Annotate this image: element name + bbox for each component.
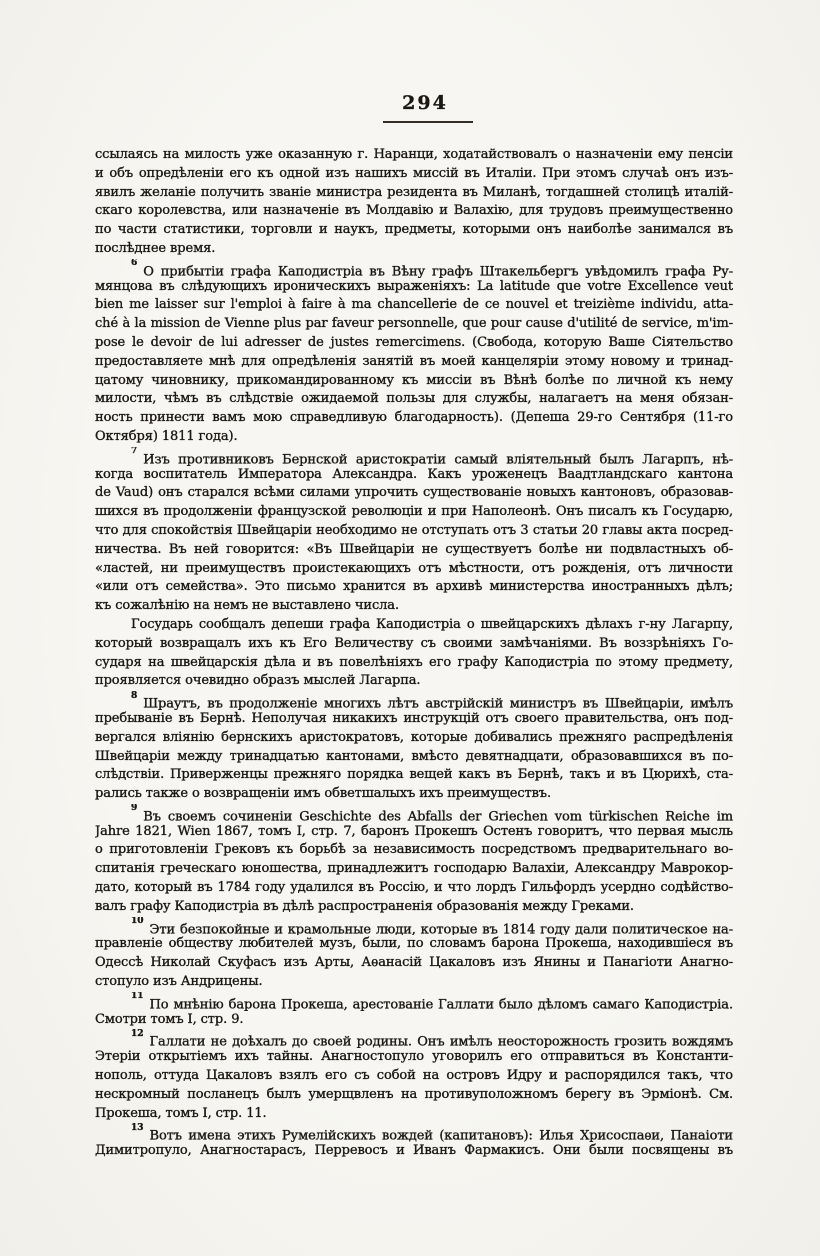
footnote-13: 13Вотъ имена этихъ Румелійскихъ вождей (… <box>95 1123 733 1161</box>
text-line: ché à la mission de Vienne plus par fave… <box>95 315 733 334</box>
text-line: сударя на швейцарскія дѣла и въ повелѣні… <box>95 654 733 673</box>
footnote-11: 11По мнѣнію барона Прокеша, арестованіе … <box>95 992 733 1030</box>
text-line: Смотри томъ I, стр. 9. <box>95 1011 733 1030</box>
footnote-marker: 6 <box>131 259 137 269</box>
text-line: 12Галлати не доѣхалъ до своей родины. Он… <box>95 1029 733 1048</box>
text-line: 6О прибытіи графа Каподистріа въ Вѣну гр… <box>95 259 733 278</box>
footnote-marker: 11 <box>131 992 144 1002</box>
text-line: спитанія греческаго юношества, принадлеж… <box>95 860 733 879</box>
paragraph-gosudar: Государь сообщалъ депеши графа Каподистр… <box>95 616 733 691</box>
text-line: pose le devoir de lui adresser de justes… <box>95 334 733 353</box>
footnote-marker: 10 <box>131 917 144 927</box>
text-line: bien me laisser sur l'emploi à faire à m… <box>95 296 733 315</box>
footnote-marker: 13 <box>131 1123 144 1133</box>
text-line: ность принести вамъ мою справедливую бла… <box>95 409 733 428</box>
text-line: скаго королевства, или назначеніе въ Мол… <box>95 202 733 221</box>
text-line: шихся въ продолженіи французской революц… <box>95 503 733 522</box>
footnote-6: 6О прибытіи графа Каподистріа въ Вѣну гр… <box>95 259 733 447</box>
footnote-12: 12Галлати не доѣхалъ до своей родины. Он… <box>95 1029 733 1123</box>
text-line: и объ опредѣленіи его къ одной изъ наших… <box>95 165 733 184</box>
text-line: правленіе обществу любителей музъ, были,… <box>95 935 733 954</box>
text-line: 10Эти безпокойные и крамольные люди, кот… <box>95 917 733 936</box>
book-page: 294 ссылаясь на милость уже оказанную г.… <box>0 0 820 1256</box>
footnote-marker: 8 <box>131 691 137 701</box>
text-line: Jahre 1821, Wien 1867, томъ I, стр. 7, б… <box>95 823 733 842</box>
text-line: послѣднее время. <box>95 240 733 259</box>
text-line: стопуло изъ Андрицены. <box>95 973 733 992</box>
text-line: ничества. Въ ней говорится: «Въ Швейцарі… <box>95 541 733 560</box>
header-rule <box>383 121 473 123</box>
text-line: рались также о возвращеніи имъ обветшалы… <box>95 785 733 804</box>
text-line: 8Шраутъ, въ продолженіе многихъ лѣтъ авс… <box>95 691 733 710</box>
text-line: 9Въ своемъ сочиненіи Geschichte des Abfa… <box>95 804 733 823</box>
text-line: 13Вотъ имена этихъ Румелійскихъ вождей (… <box>95 1123 733 1142</box>
text-line: валъ графу Каподистріа въ дѣлѣ распростр… <box>95 898 733 917</box>
text-line: предоставляете мнѣ для опредѣленія занят… <box>95 353 733 372</box>
text-line: Государь сообщалъ депеши графа Каподистр… <box>95 616 733 635</box>
footnote-marker: 12 <box>131 1029 144 1039</box>
text-line: проявляется очевидно образъ мыслей Лагар… <box>95 672 733 691</box>
text-line: о приготовленіи Грековъ къ борьбѣ за нез… <box>95 841 733 860</box>
footnote-10: 10Эти безпокойные и крамольные люди, кот… <box>95 917 733 992</box>
footnote-9: 9Въ своемъ сочиненіи Geschichte des Abfa… <box>95 804 733 917</box>
text-line: нополь, оттуда Цакаловъ взялъ его съ соб… <box>95 1067 733 1086</box>
text-line: Этеріи открытіемъ ихъ тайны. Анагностопу… <box>95 1048 733 1067</box>
text-line: 11По мнѣнію барона Прокеша, арестованіе … <box>95 992 733 1011</box>
text-line: «или отъ семейства». Это письмо хранится… <box>95 578 733 597</box>
footnote-7: 7Изъ противниковъ Бернской аристократіи … <box>95 447 733 616</box>
text-line: пребываніе въ Бернѣ. Неполучая никакихъ … <box>95 710 733 729</box>
text-line: Одессѣ Николай Скуфасъ изъ Арты, Аѳанасі… <box>95 954 733 973</box>
text-line: который возвращалъ ихъ къ Его Величеству… <box>95 635 733 654</box>
text-line: слѣдствіи. Приверженцы прежняго порядка … <box>95 766 733 785</box>
text-line: «ластей, ни преимуществъ проистекающихъ … <box>95 560 733 579</box>
text-line: явилъ желаніе получить званіе министра р… <box>95 184 733 203</box>
text-line: Прокеша, томъ I, стр. 11. <box>95 1105 733 1124</box>
text-line: милости, чѣмъ въ слѣдствіе ожидаемой пол… <box>95 390 733 409</box>
footnote-marker: 9 <box>131 804 137 814</box>
text-line: 7Изъ противниковъ Бернской аристократіи … <box>95 447 733 466</box>
text-line: Октября) 1811 года). <box>95 428 733 447</box>
text-line: по части статистики, торговли и наукъ, п… <box>95 221 733 240</box>
page-number: 294 <box>95 92 755 114</box>
text-line: нескромный посланецъ былъ умерщвленъ на … <box>95 1086 733 1105</box>
text-line: ссылаясь на милость уже оказанную г. Нар… <box>95 146 733 165</box>
text-line: къ сожалѣнію на немъ не выставлено числа… <box>95 597 733 616</box>
text-line: мянцова въ слѣдующихъ ироническихъ выраж… <box>95 278 733 297</box>
text-line: вергался вліянію бернскихъ аристократовъ… <box>95 729 733 748</box>
footnote-8: 8Шраутъ, въ продолженіе многихъ лѣтъ авс… <box>95 691 733 804</box>
text-line: дато, который въ 1784 году удалился въ Р… <box>95 879 733 898</box>
text-block: ссылаясь на милость уже оказанную г. Нар… <box>95 146 733 1161</box>
text-line: Швейцаріи между тринадцатью кантонами, в… <box>95 748 733 767</box>
text-line: цатому чиновнику, прикомандированному къ… <box>95 372 733 391</box>
text-line: de Vaud) онъ старался всѣми силами упроч… <box>95 484 733 503</box>
footnote-marker: 7 <box>131 447 137 457</box>
text-line: что для спокойствія Швейцаріи необходимо… <box>95 522 733 541</box>
text-line: Димитропуло, Анагностарасъ, Перревосъ и … <box>95 1142 733 1161</box>
paragraph-continuation: ссылаясь на милость уже оказанную г. Нар… <box>95 146 733 259</box>
text-line: когда воспитатель Императора Александра.… <box>95 466 733 485</box>
